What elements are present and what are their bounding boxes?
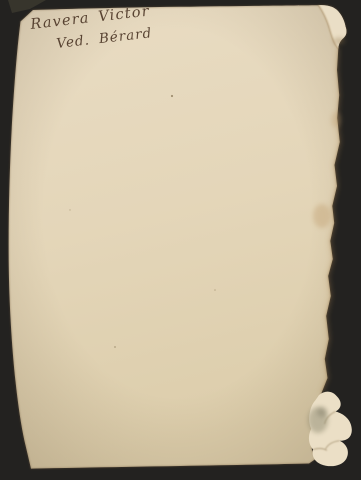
archival-photo: Ravera Victor Ved. Bérard: [0, 0, 361, 480]
speck: [214, 289, 216, 291]
speck: [114, 346, 116, 348]
folded-corner-shadow: [333, 38, 345, 45]
tear-dark-spot: [317, 407, 327, 417]
speck: [69, 209, 70, 210]
paper-vignette: [9, 5, 347, 469]
speck: [171, 95, 173, 97]
stain-right-upper: [331, 112, 341, 128]
paper-scan-svg: Ravera Victor Ved. Bérard: [0, 0, 361, 480]
stain-right-edge: [313, 204, 331, 228]
